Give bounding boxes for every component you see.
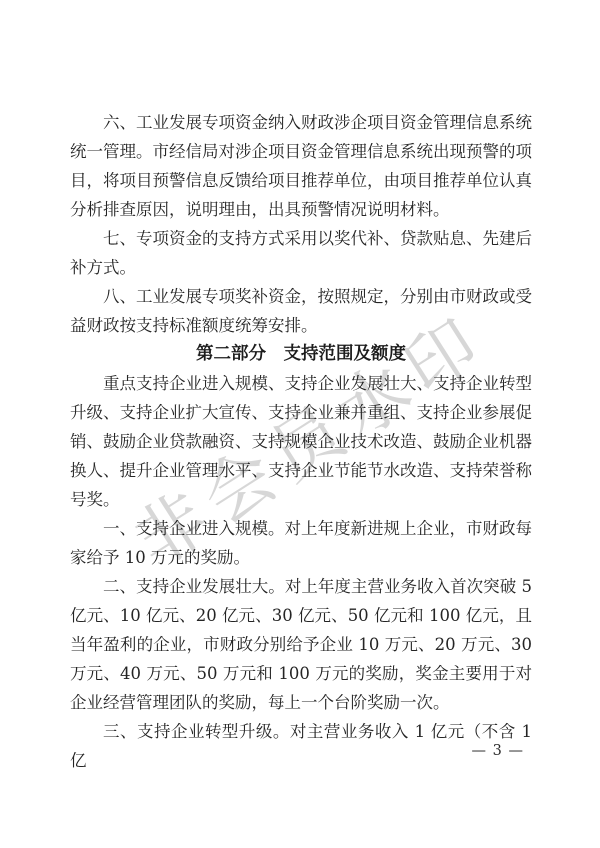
paragraph-clause-3: 三、支持企业转型升级。对主营业务收入 1 亿元（不含 1 亿: [70, 717, 532, 775]
paragraph-clause-7: 七、专项资金的支持方式采用以奖代补、贷款贴息、先建后补方式。: [70, 224, 532, 282]
section-heading-part2: 第二部分 支持范围及额度: [70, 340, 532, 369]
page-number: — 3 —: [472, 743, 524, 759]
paragraph-scope-overview: 重点支持企业进入规模、支持企业发展壮大、支持企业转型升级、支持企业扩大宣传、支持…: [70, 369, 532, 514]
document-body: 六、工业发展专项资金纳入财政涉企项目资金管理信息系统统一管理。市经信局对涉企项目…: [70, 108, 532, 775]
paragraph-clause-8: 八、工业发展专项奖补资金，按照规定，分别由市财政或受益财政按支持标准额度统筹安排…: [70, 282, 532, 340]
paragraph-clause-6: 六、工业发展专项资金纳入财政涉企项目资金管理信息系统统一管理。市经信局对涉企项目…: [70, 108, 532, 224]
paragraph-clause-1: 一、支持企业进入规模。对上年度新进规上企业，市财政每家给予 10 万元的奖励。: [70, 514, 532, 572]
paragraph-clause-2: 二、支持企业发展壮大。对上年度主营业务收入首次突破 5 亿元、10 亿元、20 …: [70, 572, 532, 717]
document-page: 非会员水印 六、工业发展专项资金纳入财政涉企项目资金管理信息系统统一管理。市经信…: [0, 0, 600, 848]
